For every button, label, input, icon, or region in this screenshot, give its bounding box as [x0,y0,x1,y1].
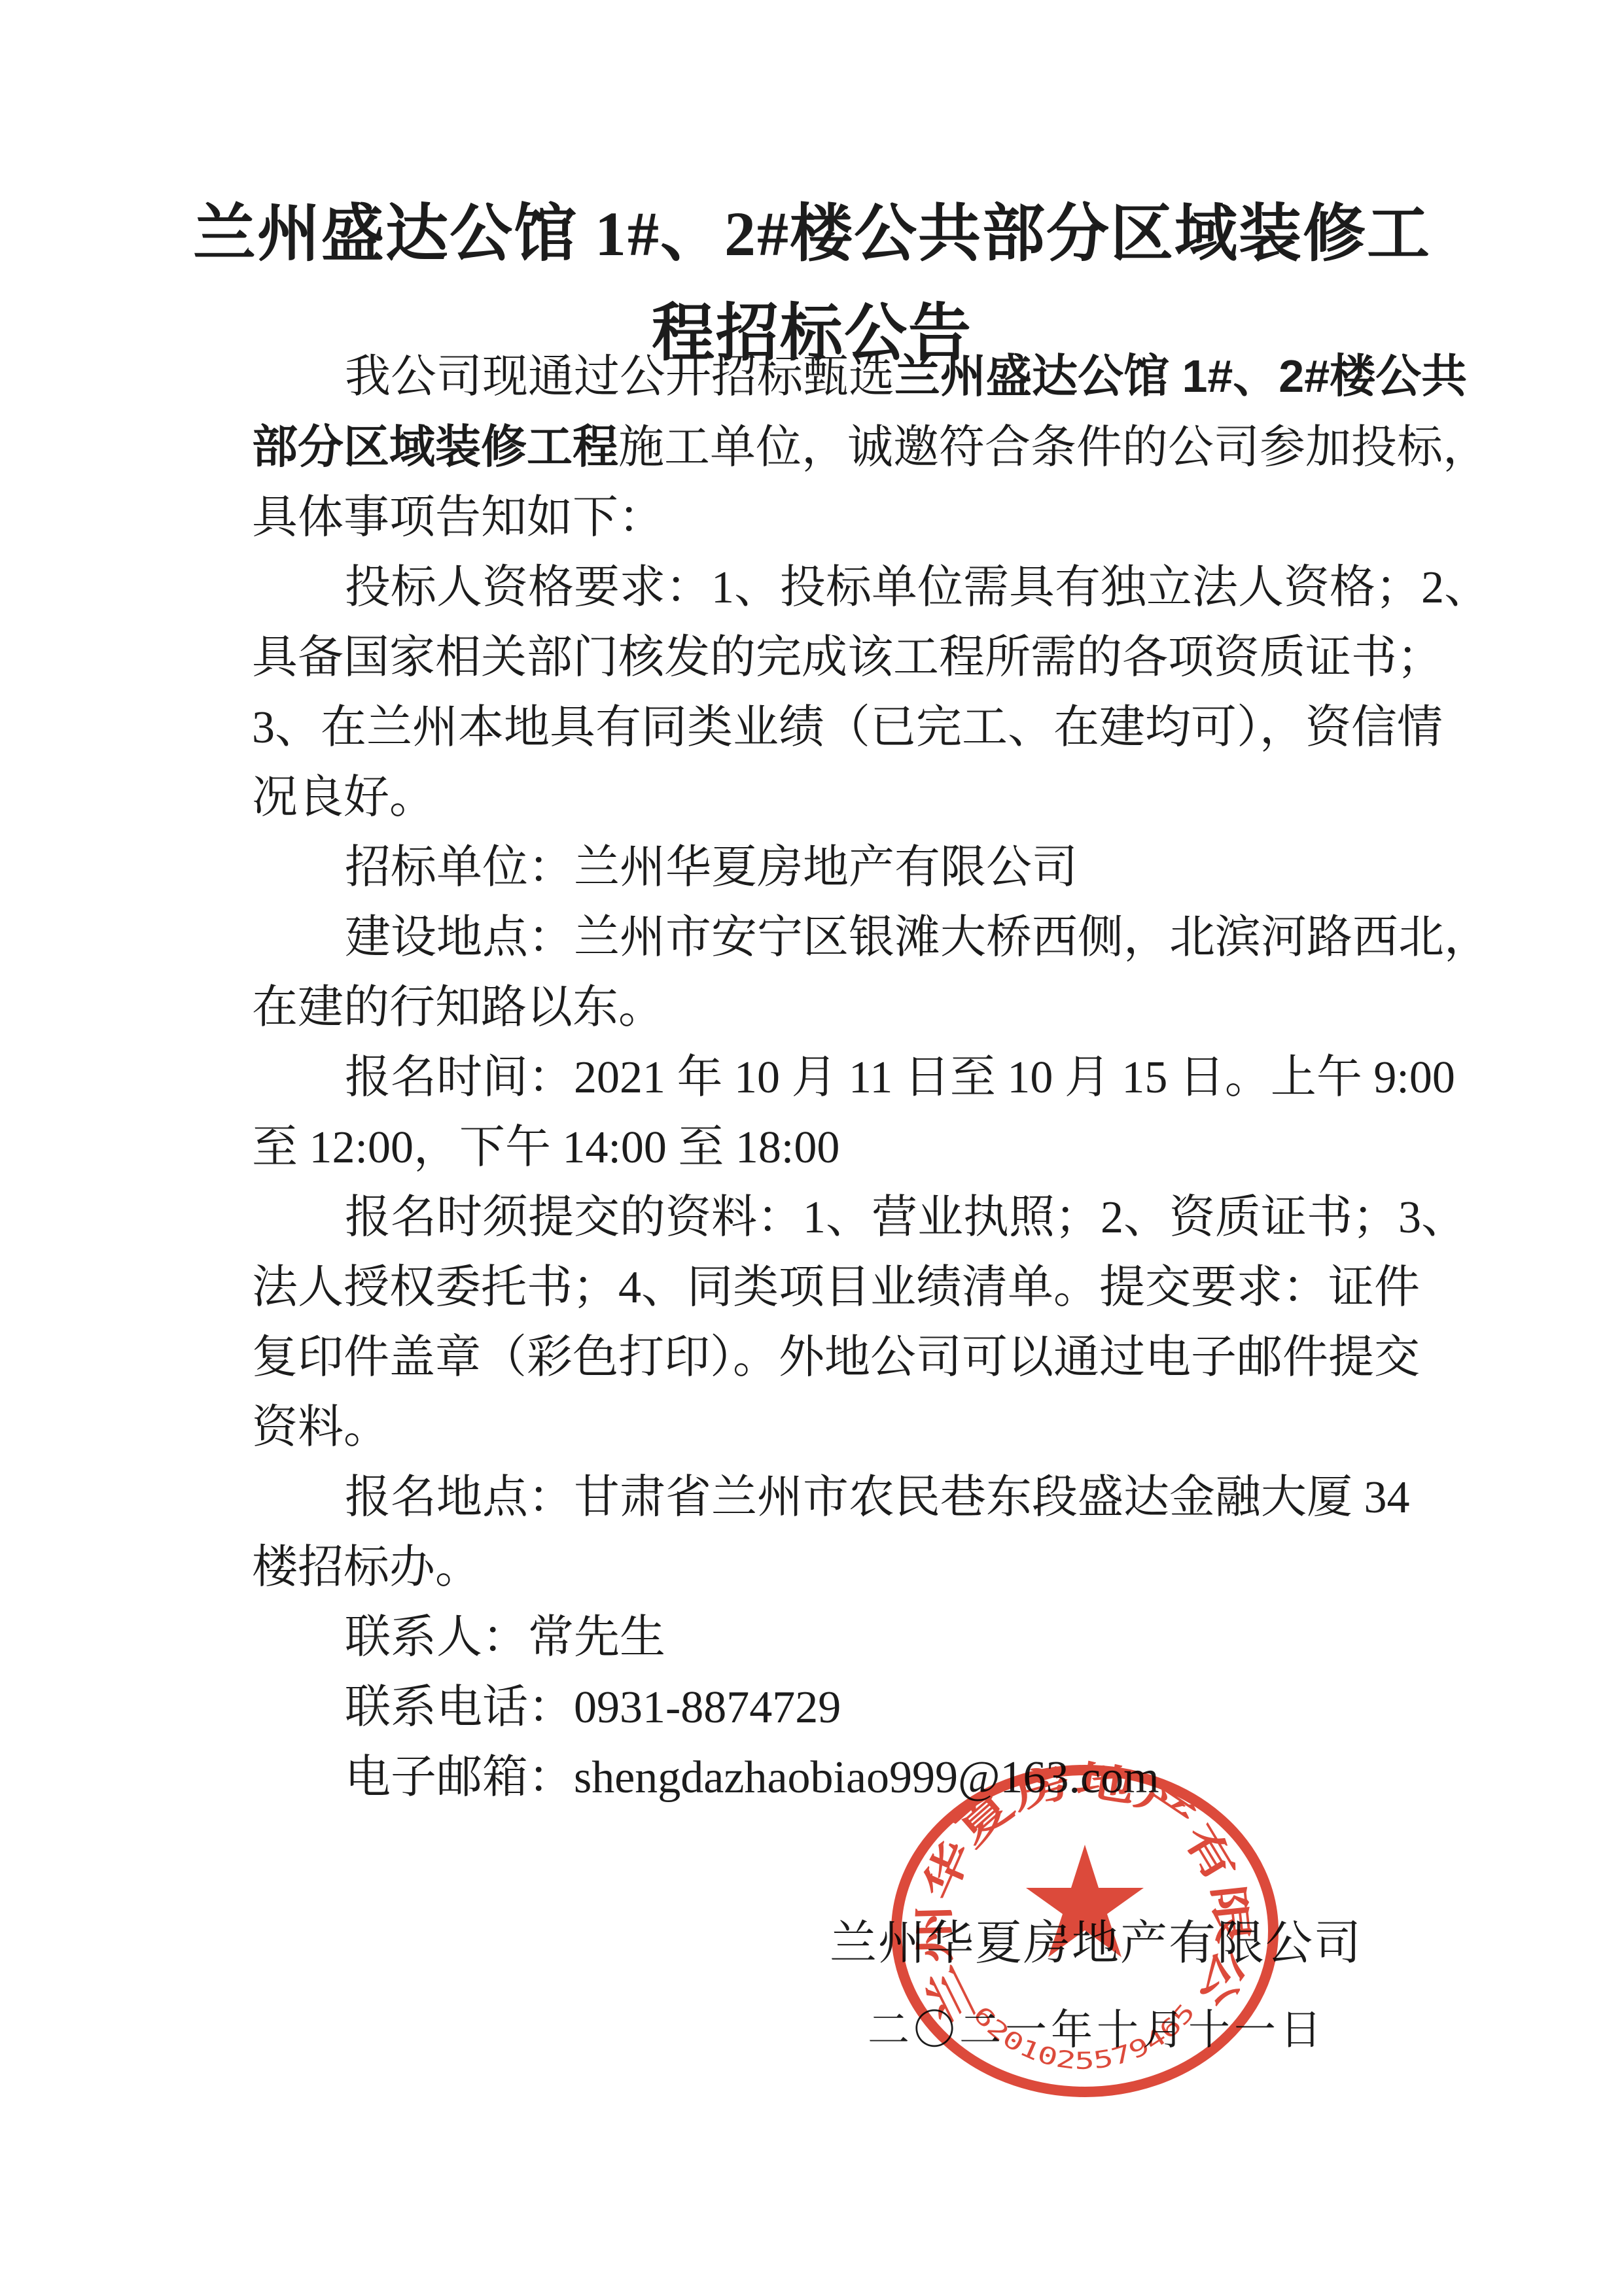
text-segment: 复印件盖章（彩色打印）。外地公司可以通过电子邮件提交 [252,1332,1420,1383]
text-segment: 况良好。 [252,773,435,823]
body-line: 投标人资格要求：1、投标单位需具有独立法人资格；2、 [252,553,1403,623]
body-line: 3、在兰州本地具有同类业绩（已完工、在建均可），资信情 [252,693,1403,763]
text-segment: 联系电话：0931-8874729 [345,1682,841,1733]
text-segment-bold: 兰州盛达公馆 1#、2#楼公共 [894,351,1467,402]
body-line: 资料。 [252,1393,1403,1463]
text-segment: 我公司现通过公开招标甄选 [345,352,894,402]
text-segment: 楼招标办。 [252,1542,481,1593]
text-segment: 具备国家相关部门核发的完成该工程所需的各项资质证书； [252,633,1443,683]
body-line: 联系电话：0931-8874729 [252,1673,1403,1743]
text-segment: 3、在兰州本地具有同类业绩（已完工、在建均可），资信情 [252,703,1443,753]
document-title-line1: 兰州盛达公馆 1#、2#楼公共部分区域装修工 [0,184,1624,284]
body-line: 具体事项告知如下： [252,483,1403,553]
body-line: 报名地点：甘肃省兰州市农民巷东段盛达金融大厦 34 [252,1463,1403,1533]
company-seal: 兰州华夏房地产有限公司 6201025579465 [870,1733,1302,2126]
seal-company-arc: 兰州华夏房地产有限公司 [870,1733,1254,2032]
body-line: 招标单位：兰州华夏房地产有限公司 [252,833,1403,903]
text-segment-bold: 部分区域装修工程 [252,421,618,472]
text-segment: 法人授权委托书；4、同类项目业绩清单。提交要求：证件 [252,1262,1420,1313]
body-line: 法人授权委托书；4、同类项目业绩清单。提交要求：证件 [252,1253,1403,1323]
body-line: 联系人：常先生 [252,1603,1403,1673]
text-segment: 联系人：常先生 [345,1612,665,1663]
text-segment: 至 12:00，下午 14:00 至 18:00 [252,1122,839,1173]
text-segment: 施工单位，诚邀符合条件的公司参加投标， [618,423,1489,473]
body-line: 建设地点：兰州市安宁区银滩大桥西侧，北滨河路西北， [252,903,1403,973]
body-line: 具备国家相关部门核发的完成该工程所需的各项资质证书； [252,623,1403,693]
text-segment: 在建的行知路以东。 [252,983,664,1033]
body-line: 至 12:00，下午 14:00 至 18:00 [252,1113,1403,1183]
text-segment: 报名地点：甘肃省兰州市农民巷东段盛达金融大厦 34 [345,1472,1410,1523]
text-segment: 招标单位：兰州华夏房地产有限公司 [345,843,1078,893]
body-line: 部分区域装修工程施工单位，诚邀符合条件的公司参加投标， [252,412,1403,483]
text-segment: 建设地点：兰州市安宁区银滩大桥西侧，北滨河路西北， [345,913,1490,963]
body-line: 报名时间：2021 年 10 月 11 日至 10 月 15 日。上午 9:00 [252,1043,1403,1113]
body-line: 在建的行知路以东。 [252,973,1403,1043]
text-segment: 具体事项告知如下： [252,493,664,543]
seal-serial-number: 6201025579465 [968,1998,1201,2075]
body-line: 报名时须提交的资料：1、营业执照；2、资质证书；3、 [252,1183,1403,1253]
text-segment: 投标人资格要求：1、投标单位需具有独立法人资格；2、 [345,563,1490,613]
seal-star-icon [1026,1845,1144,1957]
body-line: 复印件盖章（彩色打印）。外地公司可以通过电子邮件提交 [252,1323,1403,1393]
text-segment: 报名时间：2021 年 10 月 11 日至 10 月 15 日。上午 9:00 [345,1052,1455,1103]
text-segment: 资料。 [252,1402,389,1453]
body-line: 我公司现通过公开招标甄选兰州盛达公馆 1#、2#楼公共 [252,341,1403,412]
body-line: 楼招标办。 [252,1533,1403,1603]
tender-notice-page: 兰州盛达公馆 1#、2#楼公共部分区域装修工 程招标公告 我公司现通过公开招标甄… [0,0,1624,2296]
body-lines: 我公司现通过公开招标甄选兰州盛达公馆 1#、2#楼公共部分区域装修工程施工单位，… [252,341,1403,1813]
body-line: 况良好。 [252,763,1403,833]
text-segment: 报名时须提交的资料：1、营业执照；2、资质证书；3、 [345,1192,1467,1243]
